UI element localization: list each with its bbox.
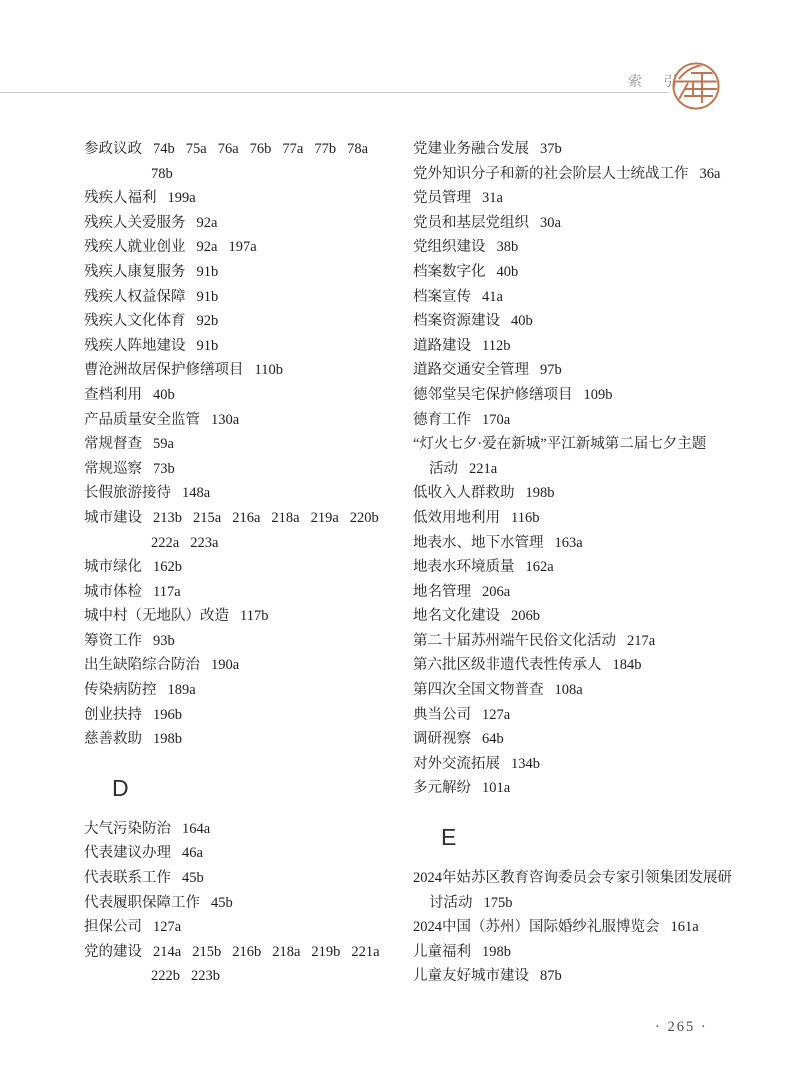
page-ref: 214a xyxy=(153,944,181,960)
index-entry: 2024年姑苏区教育咨询委员会专家引领集团发展研 xyxy=(413,866,725,891)
index-entry: 代表联系工作45b xyxy=(84,866,390,891)
index-entry: 典当公司127a xyxy=(413,703,725,728)
index-entry: 慈善救助198b xyxy=(84,727,390,752)
page-ref: 215b xyxy=(192,944,221,960)
entry-term: 残疾人文化体育 xyxy=(84,313,186,329)
index-entry: 残疾人康复服务91b xyxy=(84,260,390,285)
index-entry: 担保公司127a xyxy=(84,915,390,940)
page-ref: 77a xyxy=(282,141,303,157)
entry-term: 参政议政 xyxy=(84,141,142,157)
page-ref: 93b xyxy=(153,633,175,649)
entry-term: 档案数字化 xyxy=(413,264,486,280)
index-column-right: 党建业务融合发展37b党外知识分子和新的社会阶层人士统战工作36a党员管理31a… xyxy=(413,137,725,989)
page-ref: 206b xyxy=(511,608,540,624)
page-ref: 64b xyxy=(482,731,504,747)
page-ref: 97b xyxy=(540,362,562,378)
page-ref: 101a xyxy=(482,780,510,796)
entry-term: 产品质量安全监管 xyxy=(84,412,200,428)
page-ref: 110b xyxy=(255,362,283,378)
page-ref: 199a xyxy=(168,190,196,206)
entry-term: 慈善救助 xyxy=(84,731,142,747)
index-entry: 长假旅游接待148a xyxy=(84,481,390,506)
entry-term: 对外交流拓展 xyxy=(413,756,500,772)
index-entry: 低收入人群救助198b xyxy=(413,481,725,506)
page-ref: 76b xyxy=(250,141,272,157)
index-entry: 城市体检117a xyxy=(84,580,390,605)
index-entry: 地表水、地下水管理163a xyxy=(413,531,725,556)
index-entry: 残疾人福利199a xyxy=(84,186,390,211)
page-ref: 46a xyxy=(182,845,203,861)
index-entry: 残疾人阵地建设91b xyxy=(84,334,390,359)
entry-term: 低效用地利用 xyxy=(413,510,500,526)
entry-term: 第二十届苏州端午民俗文化活动 xyxy=(413,633,616,649)
page-ref: 161a xyxy=(671,919,699,935)
page-ref: 175b xyxy=(484,895,513,911)
page-ref: 216b xyxy=(232,944,261,960)
index-entry: 档案宣传41a xyxy=(413,285,725,310)
entry-term: 查档利用 xyxy=(84,387,142,403)
page-ref: 40b xyxy=(153,387,175,403)
page-ref: 31a xyxy=(482,190,503,206)
page-ref: 222a xyxy=(151,535,179,551)
entry-term: 残疾人关爱服务 xyxy=(84,215,186,231)
page-ref: 77b xyxy=(314,141,336,157)
entry-term: 党外知识分子和新的社会阶层人士统战工作 xyxy=(413,166,689,182)
page-ref: 45b xyxy=(211,895,233,911)
entry-term: 档案资源建设 xyxy=(413,313,500,329)
entry-term: 残疾人福利 xyxy=(84,190,157,206)
index-entry: 低效用地利用116b xyxy=(413,506,725,531)
index-entry: 曹沧洲故居保护修缮项目110b xyxy=(84,358,390,383)
entry-term: 地名文化建设 xyxy=(413,608,500,624)
page-ref: 162a xyxy=(526,559,554,575)
page-ref: 215a xyxy=(193,510,221,526)
page-ref: 59a xyxy=(153,436,174,452)
page-ref: 170a xyxy=(482,412,510,428)
page-ref: 116b xyxy=(511,510,539,526)
index-entry: 德邻堂吴宅保护修缮项目109b xyxy=(413,383,725,408)
page-ref: 219a xyxy=(311,510,339,526)
entry-term: 党建业务融合发展 xyxy=(413,141,529,157)
page-ref: 198b xyxy=(482,944,511,960)
index-entry: 出生缺陷综合防治190a xyxy=(84,653,390,678)
page-ref: 75a xyxy=(186,141,207,157)
page-ref: 221a xyxy=(351,944,379,960)
index-entry: 参政议政74b75a76a76b77a77b78a xyxy=(84,137,390,162)
index-entry: 道路交通安全管理97b xyxy=(413,358,725,383)
entry-term: 党员管理 xyxy=(413,190,471,206)
index-entry: 对外交流拓展134b xyxy=(413,752,725,777)
page-ref: 163a xyxy=(555,535,583,551)
page-ref: 134b xyxy=(511,756,540,772)
index-entry: 常规督查59a xyxy=(84,432,390,457)
entry-term: 调研视察 xyxy=(413,731,471,747)
entry-term: 代表联系工作 xyxy=(84,870,171,886)
page-ref: 220b xyxy=(350,510,379,526)
page-number: · 265 · xyxy=(655,1019,708,1036)
entry-term: 儿童福利 xyxy=(413,944,471,960)
yearbook-seal-icon xyxy=(671,61,721,111)
entry-term: 筹资工作 xyxy=(84,633,142,649)
index-entry: 残疾人关爱服务92a xyxy=(84,211,390,236)
entry-term: 地表水、地下水管理 xyxy=(413,535,544,551)
index-entry: 第六批区级非遗代表性传承人184b xyxy=(413,653,725,678)
index-entry: 城市绿化162b xyxy=(84,555,390,580)
page-ref: 112b xyxy=(482,338,510,354)
entry-term: “灯火七夕·爱在新城”平江新城第二届七夕主题 xyxy=(413,436,706,452)
index-entry-continuation: 222b223b xyxy=(84,964,390,989)
index-entry-continuation: 讨活动175b xyxy=(413,891,725,916)
entry-term-continuation: 活动 xyxy=(429,461,458,477)
entry-term: 第六批区级非遗代表性传承人 xyxy=(413,657,602,673)
entry-term: 党员和基层党组织 xyxy=(413,215,529,231)
page-ref: 127a xyxy=(482,707,510,723)
page-ref: 108a xyxy=(555,682,583,698)
entry-term: 城市体检 xyxy=(84,584,142,600)
entry-term: 2024年姑苏区教育咨询委员会专家引领集团发展研 xyxy=(413,870,732,886)
section-letter-d: D xyxy=(84,773,390,803)
entry-term: 残疾人康复服务 xyxy=(84,264,186,280)
entry-term: 出生缺陷综合防治 xyxy=(84,657,200,673)
page-ref: 76a xyxy=(218,141,239,157)
page-ref: 73b xyxy=(153,461,175,477)
index-entry: 残疾人权益保障91b xyxy=(84,285,390,310)
index-entry: 党建业务融合发展37b xyxy=(413,137,725,162)
entry-term: 地表水环境质量 xyxy=(413,559,515,575)
page-ref: 36a xyxy=(700,166,721,182)
index-entry: 地名管理206a xyxy=(413,580,725,605)
page-ref: 184b xyxy=(613,657,642,673)
index-entry: 筹资工作93b xyxy=(84,629,390,654)
entry-term: 档案宣传 xyxy=(413,289,471,305)
page-ref: 221a xyxy=(469,461,497,477)
entry-term: 残疾人权益保障 xyxy=(84,289,186,305)
page-ref: 217a xyxy=(627,633,655,649)
index-entry: 地表水环境质量162a xyxy=(413,555,725,580)
page-ref: 78a xyxy=(347,141,368,157)
index-entry: 儿童福利198b xyxy=(413,940,725,965)
index-column-left: 参政议政74b75a76a76b77a77b78a78b残疾人福利199a残疾人… xyxy=(84,137,390,989)
header-rule xyxy=(0,92,668,93)
page-ref: 189a xyxy=(168,682,196,698)
entry-term: 典当公司 xyxy=(413,707,471,723)
entry-term: 党组织建设 xyxy=(413,239,486,255)
entry-term: 地名管理 xyxy=(413,584,471,600)
entry-term: 多元解纷 xyxy=(413,780,471,796)
entry-term: 残疾人阵地建设 xyxy=(84,338,186,354)
entry-term: 儿童友好城市建设 xyxy=(413,968,529,984)
index-entry: 常规巡察73b xyxy=(84,457,390,482)
entry-term: 第四次全国文物普查 xyxy=(413,682,544,698)
index-entry: 党外知识分子和新的社会阶层人士统战工作36a xyxy=(413,162,725,187)
entry-term: 城市建设 xyxy=(84,510,142,526)
page-ref: 213b xyxy=(153,510,182,526)
page-ref: 218a xyxy=(272,944,300,960)
index-entry: 城市建设213b215a216a218a219a220b xyxy=(84,506,390,531)
index-entry: 档案资源建设40b xyxy=(413,309,725,334)
entry-term: 德育工作 xyxy=(413,412,471,428)
page-ref: 198b xyxy=(153,731,182,747)
index-entry: 党员管理31a xyxy=(413,186,725,211)
index-entry: 多元解纷101a xyxy=(413,776,725,801)
page-ref: 45b xyxy=(182,870,204,886)
index-entry: 城中村（无地队）改造117b xyxy=(84,604,390,629)
page-ref: 223a xyxy=(190,535,218,551)
entry-term: 低收入人群救助 xyxy=(413,485,515,501)
page-ref: 37b xyxy=(540,141,562,157)
entry-term: 城中村（无地队）改造 xyxy=(84,608,229,624)
entry-term: 道路建设 xyxy=(413,338,471,354)
entry-term: 党的建设 xyxy=(84,944,142,960)
index-entry: 代表履职保障工作45b xyxy=(84,891,390,916)
entry-term-continuation: 讨活动 xyxy=(429,895,473,911)
page-ref: 92a xyxy=(197,239,218,255)
index-entry: 查档利用40b xyxy=(84,383,390,408)
page-ref: 78b xyxy=(151,166,173,182)
index-entry: 大气污染防治164a xyxy=(84,817,390,842)
index-entry: 儿童友好城市建设87b xyxy=(413,964,725,989)
index-entry-continuation: 78b xyxy=(84,162,390,187)
index-entry: 创业扶持196b xyxy=(84,703,390,728)
entry-term: 2024中国（苏州）国际婚纱礼服博览会 xyxy=(413,919,660,935)
entry-term: 传染病防控 xyxy=(84,682,157,698)
page-ref: 92a xyxy=(197,215,218,231)
entry-term: 德邻堂吴宅保护修缮项目 xyxy=(413,387,573,403)
entry-term: 代表履职保障工作 xyxy=(84,895,200,911)
index-page: 索 引 参政议政74b75a76a76b77a77b78a78b残疾人福利199… xyxy=(0,0,793,1077)
index-entry: 2024中国（苏州）国际婚纱礼服博览会161a xyxy=(413,915,725,940)
index-entry-continuation: 活动221a xyxy=(413,457,725,482)
index-entry: 党员和基层党组织30a xyxy=(413,211,725,236)
entry-term: 残疾人就业创业 xyxy=(84,239,186,255)
page-ref: 30a xyxy=(540,215,561,231)
entry-term: 大气污染防治 xyxy=(84,821,171,837)
index-entry: 地名文化建设206b xyxy=(413,604,725,629)
entry-term: 曹沧洲故居保护修缮项目 xyxy=(84,362,244,378)
page-ref: 38b xyxy=(497,239,519,255)
page-ref: 91b xyxy=(197,264,219,280)
entry-term: 代表建议办理 xyxy=(84,845,171,861)
entry-term: 长假旅游接待 xyxy=(84,485,171,501)
index-entry: 档案数字化40b xyxy=(413,260,725,285)
page-ref: 127a xyxy=(153,919,181,935)
index-entry-continuation: 222a223a xyxy=(84,531,390,556)
page-ref: 190a xyxy=(211,657,239,673)
index-entry: 代表建议办理46a xyxy=(84,841,390,866)
entry-term: 城市绿化 xyxy=(84,559,142,575)
index-entry: 第四次全国文物普查108a xyxy=(413,678,725,703)
page-ref: 148a xyxy=(182,485,210,501)
index-entry: 党的建设214a215b216b218a219b221a xyxy=(84,940,390,965)
index-entry: 残疾人就业创业92a197a xyxy=(84,235,390,260)
entry-term: 道路交通安全管理 xyxy=(413,362,529,378)
entry-term: 担保公司 xyxy=(84,919,142,935)
page-ref: 130a xyxy=(211,412,239,428)
page-ref: 40b xyxy=(497,264,519,280)
page-ref: 222b xyxy=(151,968,180,984)
section-letter-e: E xyxy=(413,822,725,852)
page-ref: 219b xyxy=(311,944,340,960)
index-entry: 调研视察64b xyxy=(413,727,725,752)
page-ref: 74b xyxy=(153,141,175,157)
index-entry: 第二十届苏州端午民俗文化活动217a xyxy=(413,629,725,654)
index-entry: 残疾人文化体育92b xyxy=(84,309,390,334)
page-ref: 206a xyxy=(482,584,510,600)
page-ref: 92b xyxy=(197,313,219,329)
page-ref: 91b xyxy=(197,338,219,354)
index-entry: 道路建设112b xyxy=(413,334,725,359)
page-ref: 117a xyxy=(153,584,181,600)
page-ref: 91b xyxy=(197,289,219,305)
page-ref: 223b xyxy=(191,968,220,984)
page-ref: 162b xyxy=(153,559,182,575)
page-ref: 117b xyxy=(240,608,268,624)
index-entry: 产品质量安全监管130a xyxy=(84,408,390,433)
entry-term: 创业扶持 xyxy=(84,707,142,723)
page-ref: 197a xyxy=(228,239,256,255)
index-entry: “灯火七夕·爱在新城”平江新城第二届七夕主题 xyxy=(413,432,725,457)
page-ref: 40b xyxy=(511,313,533,329)
index-entry: 传染病防控189a xyxy=(84,678,390,703)
page-ref: 198b xyxy=(526,485,555,501)
page-ref: 218a xyxy=(271,510,299,526)
page-ref: 109b xyxy=(584,387,613,403)
index-entry: 党组织建设38b xyxy=(413,235,725,260)
page-ref: 216a xyxy=(232,510,260,526)
page-ref: 87b xyxy=(540,968,562,984)
page-ref: 41a xyxy=(482,289,503,305)
page-ref: 196b xyxy=(153,707,182,723)
entry-term: 常规巡察 xyxy=(84,461,142,477)
page-ref: 164a xyxy=(182,821,210,837)
index-entry: 德育工作170a xyxy=(413,408,725,433)
entry-term: 常规督查 xyxy=(84,436,142,452)
